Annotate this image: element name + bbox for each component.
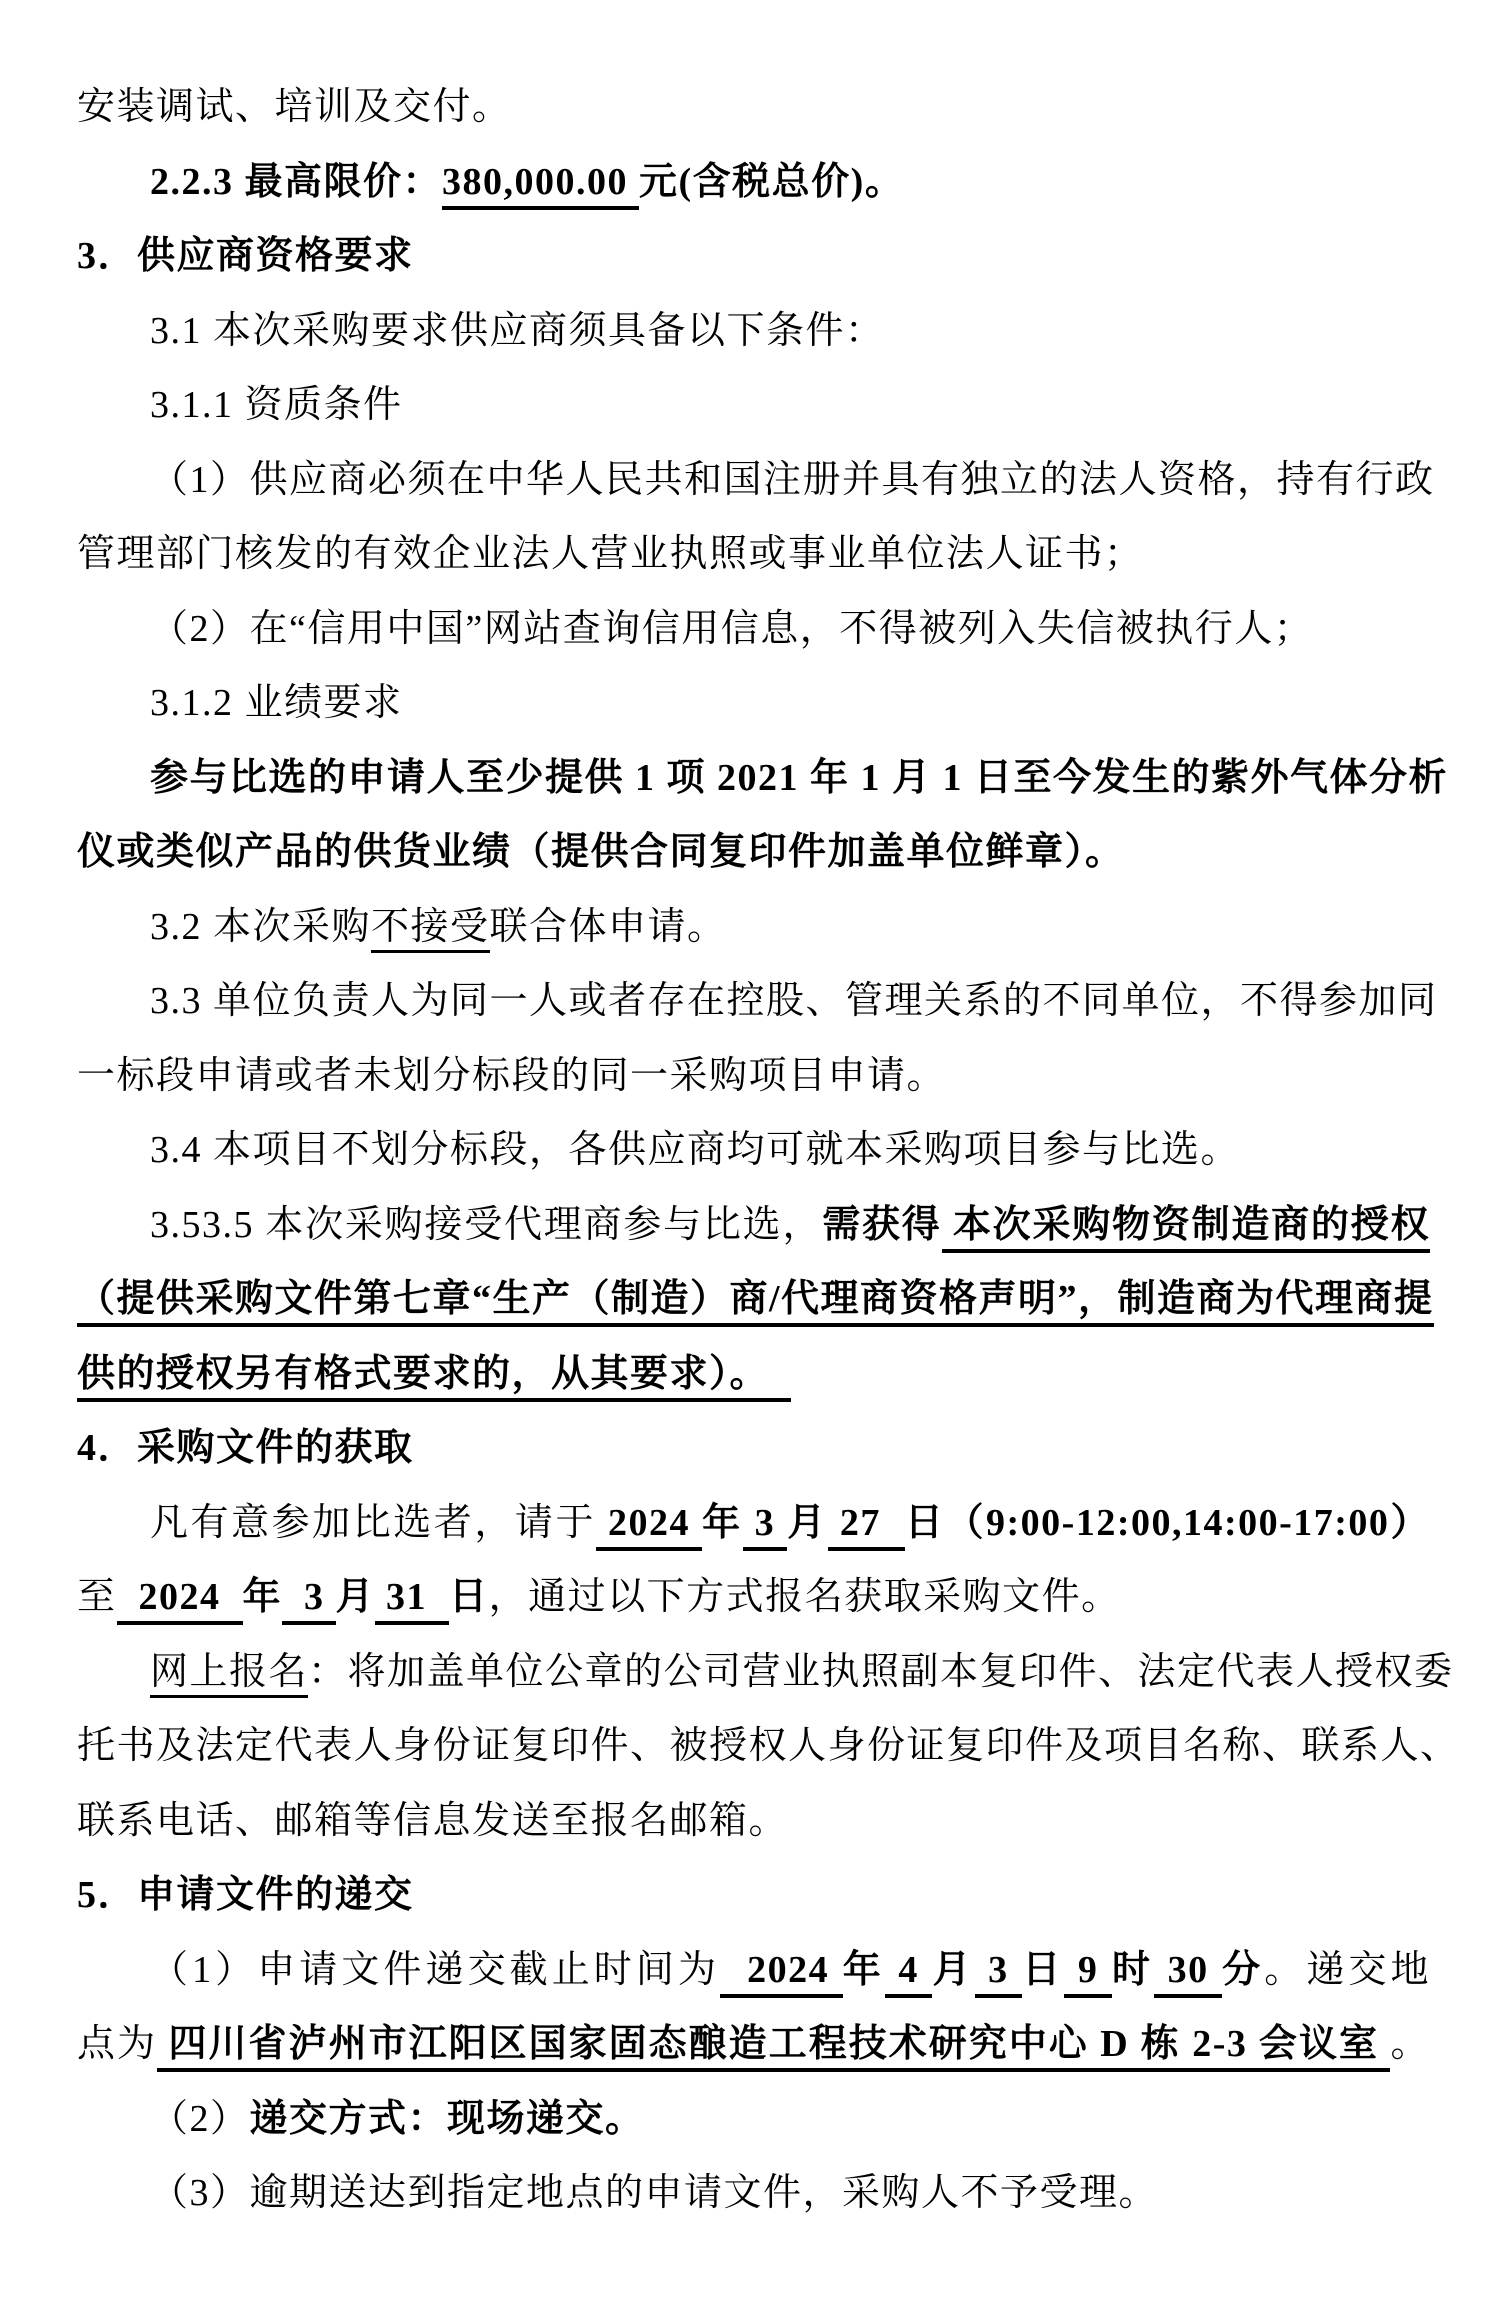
- text-segment: 月: [787, 1502, 828, 1544]
- underlined-text: 2024: [596, 1502, 702, 1551]
- underlined-text: 3: [975, 1949, 1023, 1998]
- text-line: 3.4 本项目不划分标段，各供应商均可就本采购项目参与比选。: [77, 1113, 1430, 1188]
- underlined-text: 网上报名: [150, 1651, 308, 1698]
- underlined-text: 3: [743, 1502, 788, 1551]
- text-line: （1）供应商必须在中华人民共和国注册并具有独立的法人资格，持有行政: [77, 443, 1430, 518]
- underlined-text: 2024: [117, 1576, 243, 1625]
- text-segment: 年: [843, 1949, 885, 1991]
- text-segment: 凡有意参加比选者，请于: [150, 1502, 596, 1544]
- section-heading: 3．供应商资格要求: [77, 219, 1430, 294]
- text-segment: 一标段申请或者未划分标段的同一采购项目申请。: [77, 1055, 946, 1097]
- underlined-text: 30: [1154, 1949, 1222, 1998]
- text-segment: 日（9:00-12:00,14:00-17:00）: [905, 1502, 1430, 1544]
- text-line: 托书及法定代表人身份证复印件、被授权人身份证复印件及项目名称、联系人、: [77, 1709, 1430, 1784]
- text-segment: （1）供应商必须在中华人民共和国注册并具有独立的法人资格，持有行政: [150, 459, 1435, 501]
- text-line: （提供采购文件第七章“生产（制造）商/代理商资格声明”，制造商为代理商提: [77, 1262, 1430, 1337]
- text-segment: 月: [336, 1576, 376, 1618]
- text-line: 管理部门核发的有效企业法人营业执照或事业单位法人证书；: [77, 517, 1430, 592]
- text-segment: 月: [932, 1949, 974, 1991]
- underlined-text: （提供采购文件第七章“生产（制造）商/代理商资格声明”，制造商为代理商提: [77, 1278, 1434, 1327]
- text-segment: 托书及法定代表人身份证复印件、被授权人身份证复印件及项目名称、联系人、: [77, 1725, 1460, 1767]
- underlined-text: 2024: [720, 1949, 843, 1998]
- text-line: 供的授权另有格式要求的，从其要求）。: [77, 1337, 1430, 1412]
- text-segment: ：将加盖单位公章的公司营业执照副本复印件、法定代表人授权委: [308, 1651, 1454, 1693]
- text-segment: 递交方式：现场递交。: [250, 2098, 645, 2140]
- section-heading: 4．采购文件的获取: [77, 1411, 1430, 1486]
- text-segment: 分: [1222, 1949, 1264, 1991]
- text-segment: 5．申请文件的递交: [77, 1874, 414, 1916]
- text-segment: （1）申请文件递交截止时间为: [150, 1949, 720, 1991]
- text-segment: 3.1.2 业绩要求: [150, 682, 403, 724]
- text-segment: 2.2.3 最高限价：: [150, 161, 442, 203]
- text-segment: 日: [1022, 1949, 1064, 1991]
- text-line: 仪或类似产品的供货业绩（提供合同复印件加盖单位鲜章）。: [77, 815, 1430, 890]
- underlined-text: 本次采购物资制造商的授权: [942, 1204, 1430, 1253]
- text-line: 联系电话、邮箱等信息发送至报名邮箱。: [77, 1784, 1430, 1859]
- underlined-text: 四川省泸州市江阳区国家固态酿造工程技术研究中心 D 栋 2-3 会议室: [157, 2023, 1390, 2072]
- text-segment: 3．供应商资格要求: [77, 235, 414, 277]
- text-line: （2）在“信用中国”网站查询信用信息，不得被列入失信被执行人；: [77, 592, 1430, 667]
- text-line: 安装调试、培训及交付。: [77, 70, 1430, 145]
- text-segment: （2）在“信用中国”网站查询信用信息，不得被列入失信被执行人；: [150, 608, 1313, 650]
- text-line: 3.3 单位负责人为同一人或者存在控股、管理关系的不同单位，不得参加同: [77, 964, 1430, 1039]
- text-segment: （2）: [150, 2098, 250, 2140]
- underlined-text: 9: [1064, 1949, 1112, 1998]
- text-segment: 。递交地: [1264, 1949, 1430, 1991]
- text-segment: 元(含税总价)。: [639, 161, 904, 203]
- text-segment: 至: [77, 1576, 117, 1618]
- text-line: 3.2 本次采购不接受联合体申请。: [77, 890, 1430, 965]
- text-segment: 3.53.5 本次采购接受代理商参与比选，: [150, 1204, 822, 1246]
- text-line: 一标段申请或者未划分标段的同一采购项目申请。: [77, 1039, 1430, 1114]
- underlined-text: 31: [375, 1576, 449, 1625]
- text-line: 2.2.3 最高限价：380,000.00 元(含税总价)。: [77, 145, 1430, 220]
- text-line: 凡有意参加比选者，请于 2024 年 3 月 27 日（9:00-12:00,1…: [77, 1486, 1430, 1561]
- text-line: （3）逾期送达到指定地点的申请文件，采购人不予受理。: [77, 2156, 1430, 2231]
- text-segment: 参与比选的申请人至少提供 1 项 2021 年 1 月 1 日至今发生的紫外气体…: [150, 757, 1448, 799]
- text-line: 3.1 本次采购要求供应商须具备以下条件：: [77, 294, 1430, 369]
- underlined-text: 3: [282, 1576, 336, 1625]
- document-body: 安装调试、培训及交付。2.2.3 最高限价：380,000.00 元(含税总价)…: [77, 70, 1430, 2231]
- text-segment: 日: [449, 1576, 489, 1618]
- document-page: 安装调试、培训及交付。2.2.3 最高限价：380,000.00 元(含税总价)…: [0, 0, 1500, 2315]
- underlined-text: 供的授权另有格式要求的，从其要求）。: [77, 1353, 791, 1402]
- text-line: 网上报名：将加盖单位公章的公司营业执照副本复印件、法定代表人授权委: [77, 1635, 1430, 1710]
- text-segment: 3.1.1 资质条件: [150, 384, 403, 426]
- underlined-text: 380,000.00: [442, 161, 639, 210]
- text-segment: 管理部门核发的有效企业法人营业执照或事业单位法人证书；: [77, 533, 1144, 575]
- text-segment: 4．采购文件的获取: [77, 1427, 414, 1469]
- text-line: 参与比选的申请人至少提供 1 项 2021 年 1 月 1 日至今发生的紫外气体…: [77, 741, 1430, 816]
- text-line: （2）递交方式：现场递交。: [77, 2082, 1430, 2157]
- text-segment: 联合体申请。: [490, 906, 727, 948]
- underlined-text: 27: [828, 1502, 905, 1551]
- text-segment: （3）逾期送达到指定地点的申请文件，采购人不予受理。: [150, 2172, 1158, 2214]
- text-segment: 3.3 单位负责人为同一人或者存在控股、管理关系的不同单位，不得参加同: [150, 980, 1438, 1022]
- underlined-text: 不接受: [371, 906, 490, 953]
- text-line: 3.1.2 业绩要求: [77, 666, 1430, 741]
- text-segment: 3.1 本次采购要求供应商须具备以下条件：: [150, 310, 885, 352]
- text-segment: 时: [1112, 1949, 1154, 1991]
- section-heading: 5．申请文件的递交: [77, 1858, 1430, 1933]
- text-segment: 需获得: [822, 1204, 941, 1246]
- text-segment: 年: [243, 1576, 283, 1618]
- text-line: 3.53.5 本次采购接受代理商参与比选，需获得 本次采购物资制造商的授权: [77, 1188, 1430, 1263]
- text-segment: 。: [1390, 2023, 1430, 2065]
- text-segment: ，通过以下方式报名获取采购文件。: [489, 1576, 1121, 1618]
- text-line: 点为 四川省泸州市江阳区国家固态酿造工程技术研究中心 D 栋 2-3 会议室 。: [77, 2007, 1430, 2082]
- text-segment: 3.4 本项目不划分标段，各供应商均可就本采购项目参与比选。: [150, 1129, 1240, 1171]
- text-segment: 安装调试、培训及交付。: [77, 86, 512, 128]
- text-segment: 3.2 本次采购: [150, 906, 371, 948]
- text-line: 3.1.1 资质条件: [77, 368, 1430, 443]
- text-line: 至 2024 年 3 月 31 日，通过以下方式报名获取采购文件。: [77, 1560, 1430, 1635]
- underlined-text: 4: [885, 1949, 933, 1998]
- text-segment: 联系电话、邮箱等信息发送至报名邮箱。: [77, 1800, 788, 1842]
- text-segment: 年: [702, 1502, 743, 1544]
- text-line: （1）申请文件递交截止时间为 2024 年 4 月 3 日 9 时 30 分。递…: [77, 1933, 1430, 2008]
- text-segment: 仪或类似产品的供货业绩（提供合同复印件加盖单位鲜章）。: [77, 831, 1125, 873]
- text-segment: 点为: [77, 2023, 157, 2065]
